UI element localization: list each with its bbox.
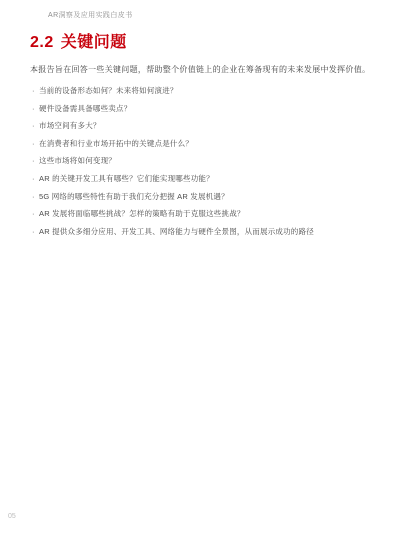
running-header: AR洞察及应用实践白皮书 <box>48 11 133 20</box>
bullet-dot: · <box>32 121 39 130</box>
bullet-dot: · <box>32 86 39 95</box>
intro-paragraph: 本报告旨在回答一些关键问题，帮助整个价值链上的企业在筹备现有的未来发展中发挥价值… <box>30 64 372 76</box>
question-item: ·AR 提供众多细分应用、开发工具、网络能力与硬件全景图，从而展示成功的路径 <box>32 227 374 236</box>
bullet-dot: · <box>32 139 39 148</box>
question-text: 市场空间有多大？ <box>39 121 101 130</box>
section-title-text: 关键问题 <box>61 34 127 51</box>
bullet-dot: · <box>32 156 39 165</box>
document-page: AR洞察及应用实践白皮书 2.2关键问题 本报告旨在回答一些关键问题，帮助整个价… <box>0 0 400 542</box>
question-item: ·在消费者和行业市场开拓中的关键点是什么？ <box>32 139 374 148</box>
question-text: AR 的关键开发工具有哪些？它们能实现哪些功能？ <box>39 174 214 183</box>
question-item: ·市场空间有多大？ <box>32 121 374 130</box>
question-text: 5G 网络的哪些特性有助于我们充分把握 AR 发展机遇？ <box>39 192 229 201</box>
page-number: 05 <box>8 513 16 520</box>
question-text: AR 发展将面临哪些挑战？怎样的策略有助于克服这些挑战？ <box>39 209 245 218</box>
bullet-dot: · <box>32 227 39 236</box>
section-title: 2.2关键问题 <box>30 33 127 53</box>
bullet-dot: · <box>32 104 39 113</box>
question-text: AR 提供众多细分应用、开发工具、网络能力与硬件全景图，从而展示成功的路径 <box>39 227 314 236</box>
question-item: ·硬件设备需具备哪些卖点？ <box>32 104 374 113</box>
question-text: 硬件设备需具备哪些卖点？ <box>39 104 131 113</box>
bullet-dot: · <box>32 192 39 201</box>
question-item: ·AR 的关键开发工具有哪些？它们能实现哪些功能？ <box>32 174 374 183</box>
question-item: ·AR 发展将面临哪些挑战？怎样的策略有助于克服这些挑战？ <box>32 209 374 218</box>
question-list: ·当前的设备形态如何？未来将如何演进？ ·硬件设备需具备哪些卖点？ ·市场空间有… <box>32 86 374 244</box>
question-text: 当前的设备形态如何？未来将如何演进？ <box>39 86 178 95</box>
bullet-dot: · <box>32 209 39 218</box>
question-item: ·5G 网络的哪些特性有助于我们充分把握 AR 发展机遇？ <box>32 192 374 201</box>
bullet-dot: · <box>32 174 39 183</box>
section-number: 2.2 <box>30 34 54 51</box>
question-item: ·当前的设备形态如何？未来将如何演进？ <box>32 86 374 95</box>
question-text: 这些市场将如何变现？ <box>39 156 116 165</box>
question-text: 在消费者和行业市场开拓中的关键点是什么？ <box>39 139 193 148</box>
question-item: ·这些市场将如何变现？ <box>32 156 374 165</box>
